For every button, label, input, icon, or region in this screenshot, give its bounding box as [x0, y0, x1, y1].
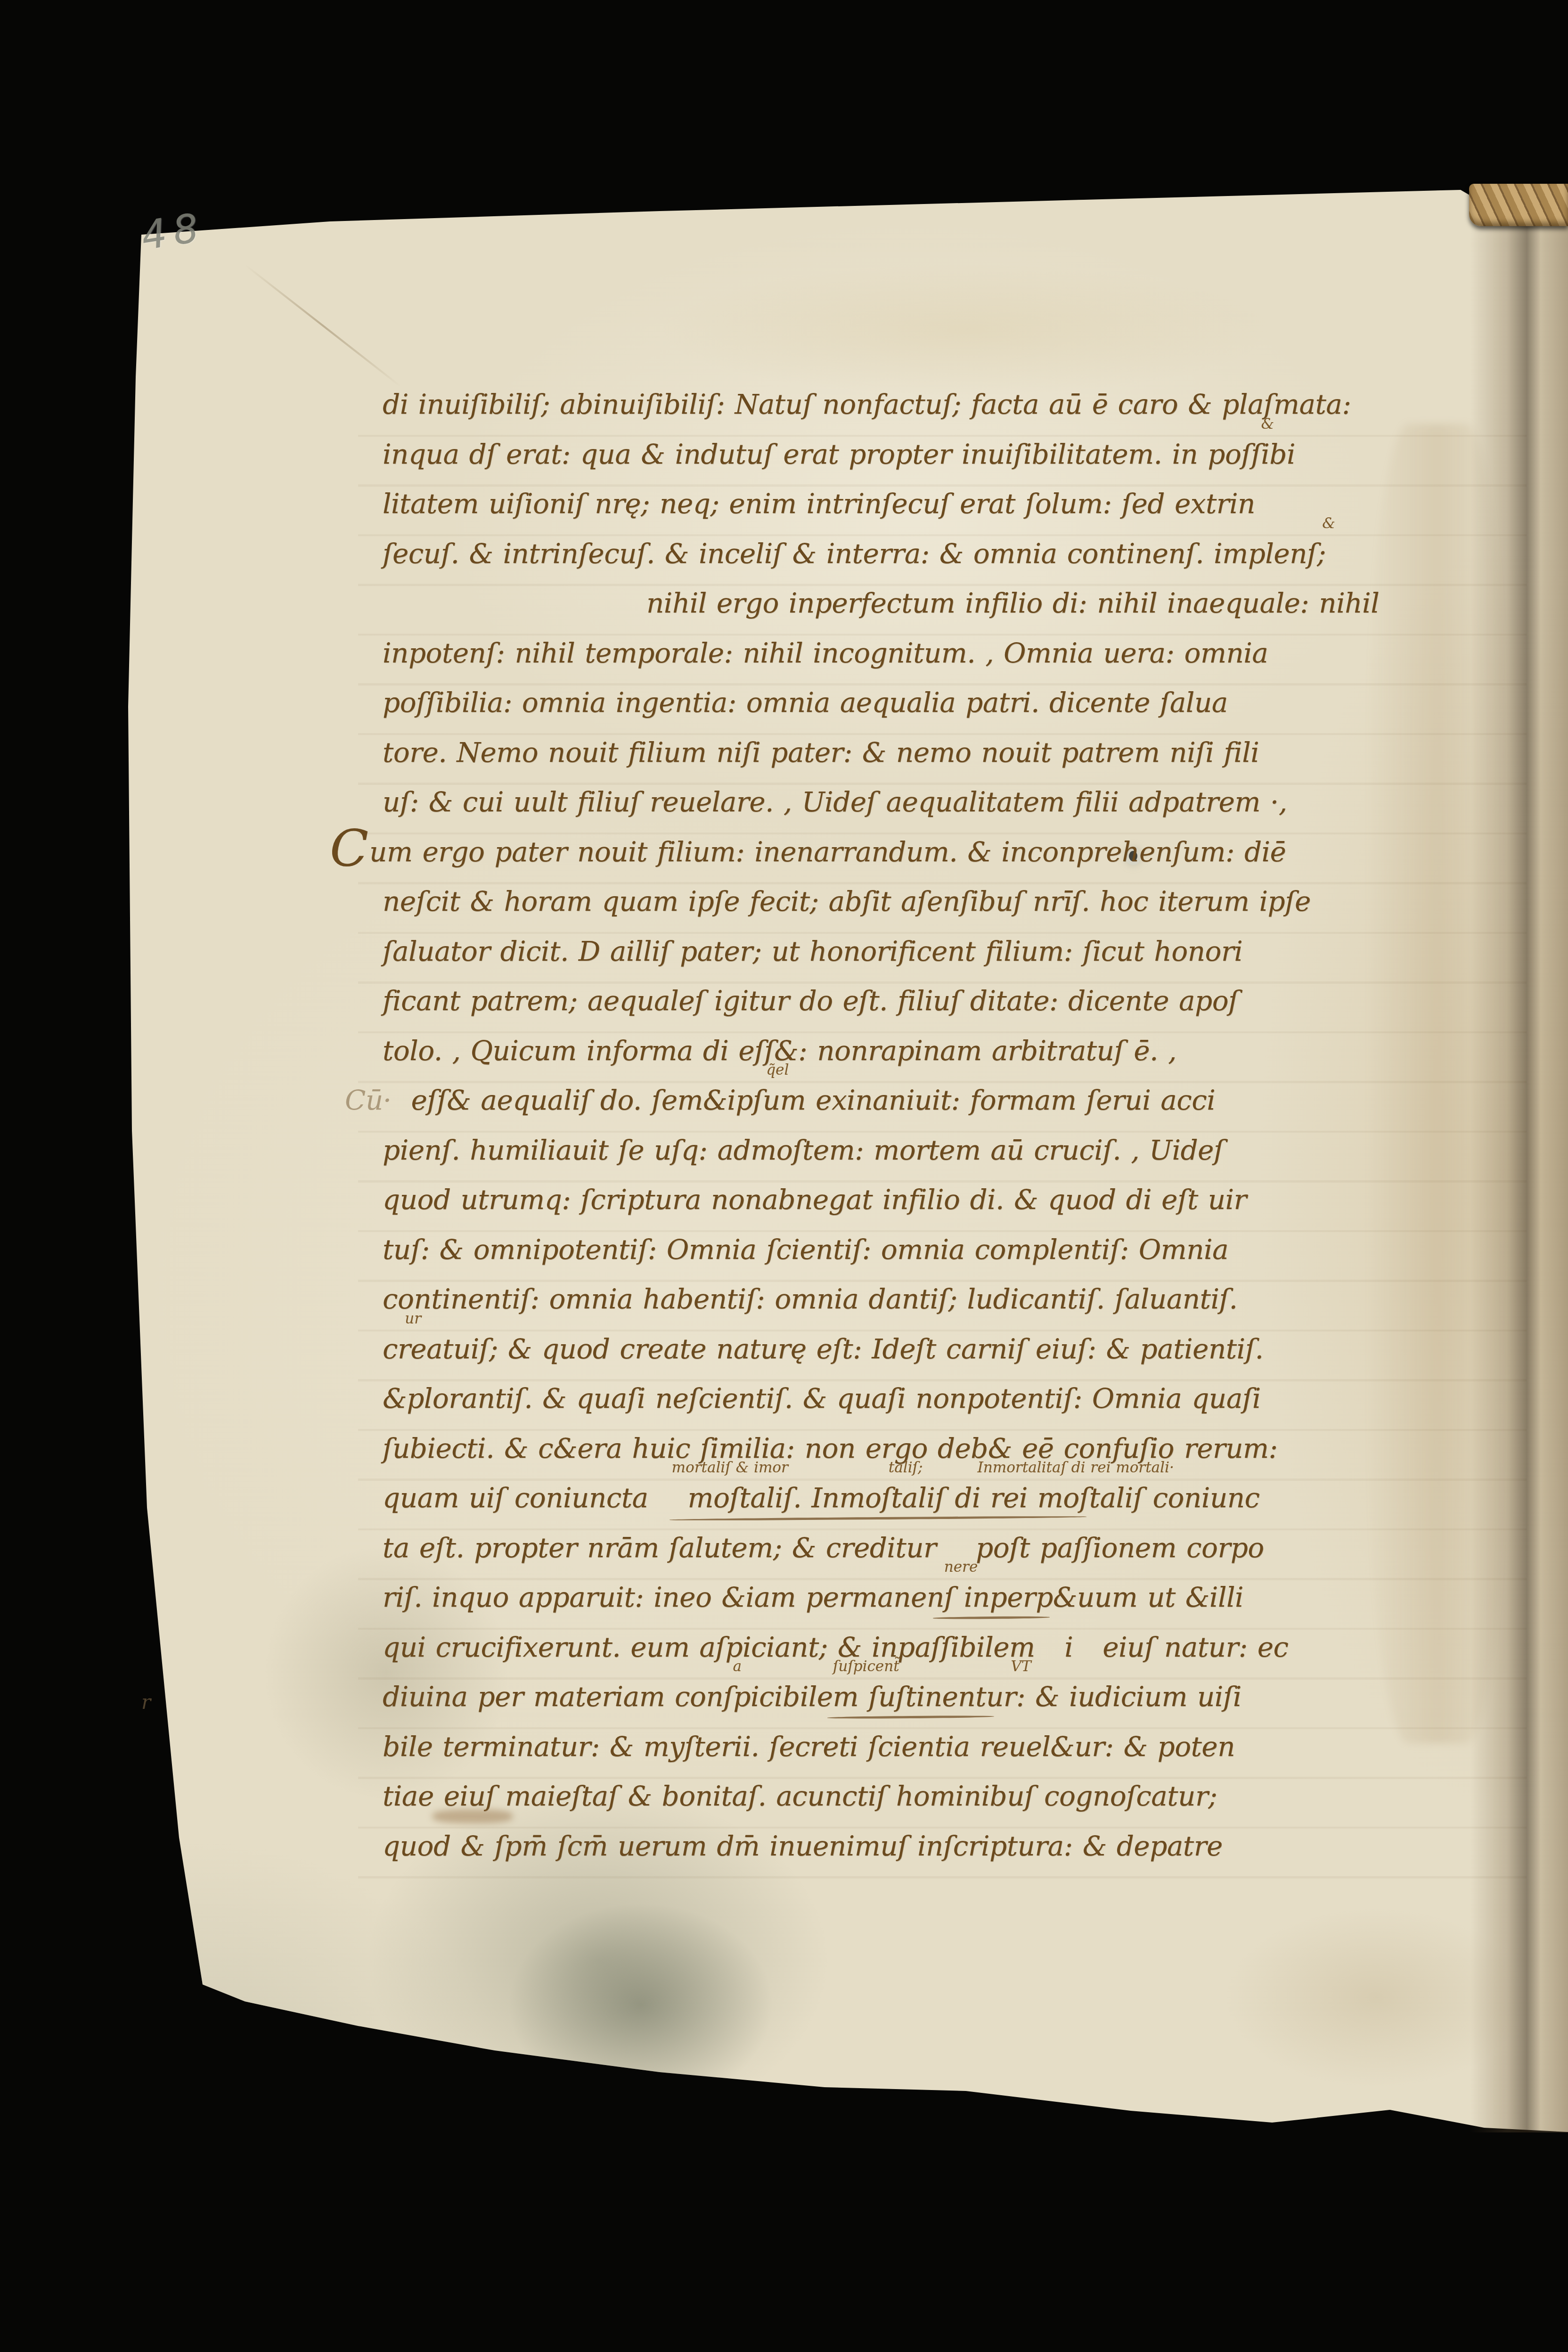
text-line: urcreatuiſ; & quod create naturę eſt: Id…: [383, 1324, 1494, 1374]
text-line: tiae eiuſ maieſtaſ & bonitaſ. acunctiſ h…: [383, 1772, 1494, 1821]
interlinear-gloss: &: [1322, 514, 1335, 533]
line-text: diuina per materiam conſpicibilem ſuſtin…: [383, 1681, 1241, 1713]
line-text: Cum ergo pater nouit filium: inenarrandu…: [330, 836, 1286, 868]
line-text: continentiſ: omnia habentiſ: omnia danti…: [383, 1283, 1237, 1315]
text-line: continentiſ: omnia habentiſ: omnia danti…: [383, 1274, 1494, 1324]
interlinear-gloss: Inmortalitaſ di rei mortali·: [978, 1458, 1174, 1477]
text-line: ſaluator dicit. D ailliſ pater; ut honor…: [383, 927, 1494, 977]
text-line: tore. Nemo nouit filium niſi pater: & ne…: [383, 728, 1494, 778]
margin-mark: r: [141, 1690, 151, 1714]
line-text: tore. Nemo nouit filium niſi pater: & ne…: [383, 736, 1259, 768]
text-line: di inuiſibiliſ; abinuiſibiliſ: Natuſ non…: [383, 380, 1494, 430]
interlinear-gloss: &: [1261, 415, 1274, 433]
faded-prefix: Cū·: [345, 1084, 411, 1116]
text-line: neſcit & horam quam ipſe fecit; abſit aſ…: [383, 877, 1494, 927]
line-text: bile terminatur: & myſterii. ſecreti ſci…: [383, 1731, 1235, 1763]
text-line: mortaliſ & imortaliſ;Inmortalitaſ di rei…: [383, 1473, 1494, 1523]
text-line: &ſecuſ. & intrinſecuſ. & inceliſ & inter…: [383, 529, 1494, 579]
interlinear-gloss: taliſ;: [889, 1458, 923, 1477]
interlinear-gloss: mortaliſ & imor: [672, 1458, 788, 1477]
stain: [509, 1903, 773, 2106]
line-text: riſ. inquo apparuit: ineo &iam permanenſ…: [383, 1581, 1243, 1613]
line-text: tuſ: & omnipotentiſ: Omnia ſcientiſ: omn…: [383, 1233, 1228, 1266]
line-text: pienſ. humiliauit ſe uſq: admoſtem: mort…: [383, 1134, 1224, 1166]
text-line: &inqua dſ erat: qua & indutuſ erat propt…: [383, 430, 1494, 480]
text-line: bile terminatur: & myſterii. ſecreti ſci…: [383, 1722, 1494, 1772]
line-text: litatem uiſioniſ nrę; neq; enim intrinſe…: [383, 488, 1255, 520]
line-text: quod utrumq: ſcriptura nonabnegat infili…: [383, 1184, 1247, 1216]
folio-number: 48: [138, 204, 208, 259]
text-line: aſuſpicent̃VTdiuina per materiam conſpic…: [383, 1672, 1494, 1722]
line-text: uſ: & cui uult filiuſ reuelare. , Uideſ …: [383, 786, 1287, 818]
text-line: ta eſt. propter nrām ſalutem; & creditur…: [383, 1523, 1494, 1573]
line-text: ficant patrem; aequaleſ igitur do eſt. f…: [383, 985, 1238, 1017]
text-line: tuſ: & omnipotentiſ: Omnia ſcientiſ: omn…: [383, 1225, 1494, 1275]
underline-mark: [933, 1616, 1050, 1619]
text-line: nereriſ. inquo apparuit: ineo &iam perma…: [383, 1573, 1494, 1623]
text-line: nihil ergo inperfectum infilio di: nihil…: [383, 579, 1494, 629]
line-text: ſecuſ. & intrinſecuſ. & inceliſ & interr…: [383, 538, 1326, 570]
text-line: ſubiecti. & c&era huic ſimilia: non ergo…: [383, 1424, 1494, 1474]
text-line: uſ: & cui uult filiuſ reuelare. , Uideſ …: [383, 777, 1494, 827]
text-line: poſſibilia: omnia ingentia: omnia aequal…: [383, 678, 1494, 728]
line-text: ſaluator dicit. D ailliſ pater; ut honor…: [383, 935, 1242, 967]
text-line: pienſ. humiliauit ſe uſq: admoſtem: mort…: [383, 1126, 1494, 1176]
line-text: &plorantiſ. & quaſi neſcientiſ. & quaſi …: [383, 1382, 1261, 1414]
line-text: creatuiſ; & quod create naturę eſt: Ideſ…: [383, 1333, 1264, 1365]
line-text: inqua dſ erat: qua & indutuſ erat propte…: [383, 438, 1295, 470]
underline-mark: [670, 1515, 1086, 1520]
underline-mark: [827, 1715, 994, 1718]
interlinear-gloss: ur: [405, 1309, 421, 1328]
parchment-crease: [245, 264, 401, 387]
interlinear-gloss: nere: [944, 1558, 978, 1576]
line-text: nihil ergo inperfectum infilio di: nihil…: [646, 587, 1379, 619]
interlinear-gloss: a: [733, 1657, 741, 1676]
text-line: &plorantiſ. & quaſi neſcientiſ. & quaſi …: [383, 1374, 1494, 1424]
text-line: quod utrumq: ſcriptura nonabnegat infili…: [383, 1175, 1494, 1225]
line-text: eſſ& aequaliſ do. ſem&ipſum exinaniuit: …: [411, 1084, 1216, 1116]
text-line: q̃elCū· eſſ& aequaliſ do. ſem&ipſum exin…: [383, 1076, 1494, 1126]
line-text: poſſibilia: omnia ingentia: omnia aequal…: [383, 686, 1228, 719]
interlinear-gloss: ſuſpicent̃: [833, 1657, 899, 1676]
stain: [660, 264, 1272, 396]
text-line: tolo. , Quicum informa di eſſ&: nonrapin…: [383, 1026, 1494, 1076]
line-text: neſcit & horam quam ipſe fecit; abſit aſ…: [383, 885, 1311, 917]
line-text: tiae eiuſ maieſtaſ & bonitaſ. acunctiſ h…: [383, 1780, 1217, 1812]
interlinear-gloss: q̃el: [766, 1061, 789, 1079]
text-line: inpotenſ: nihil temporale: nihil incogni…: [383, 629, 1494, 678]
initial-letter: C: [330, 818, 369, 877]
stain: [1225, 1908, 1527, 2087]
interlinear-gloss: VT: [1011, 1657, 1031, 1676]
line-text: quod & ſpm̄ ſcm̄ uerum dm̄ inuenimuſ inſ…: [383, 1830, 1223, 1862]
erased-gloss-smudge: [433, 1809, 513, 1823]
line-text: ta eſt. propter nrām ſalutem; & creditur…: [383, 1532, 1264, 1564]
text-lines: di inuiſibiliſ; abinuiſibiliſ: Natuſ non…: [383, 380, 1494, 1871]
endband-icon: [1469, 184, 1568, 226]
text-line: qui crucifixerunt. eum aſpiciant; & inpa…: [383, 1623, 1494, 1673]
text-line: Cum ergo pater nouit filium: inenarrandu…: [383, 827, 1494, 877]
line-text: inpotenſ: nihil temporale: nihil incogni…: [383, 637, 1268, 669]
text-line: quod & ſpm̄ ſcm̄ uerum dm̄ inuenimuſ inſ…: [383, 1821, 1494, 1871]
line-text: di inuiſibiliſ; abinuiſibiliſ: Natuſ non…: [383, 388, 1351, 420]
text-block: di inuiſibiliſ; abinuiſibiliſ: Natuſ non…: [383, 380, 1494, 1871]
line-text: quam uiſ coniuncta moſtaliſ. Inmoſtaliſ …: [383, 1482, 1260, 1514]
text-line: ficant patrem; aequaleſ igitur do eſt. f…: [383, 976, 1494, 1026]
